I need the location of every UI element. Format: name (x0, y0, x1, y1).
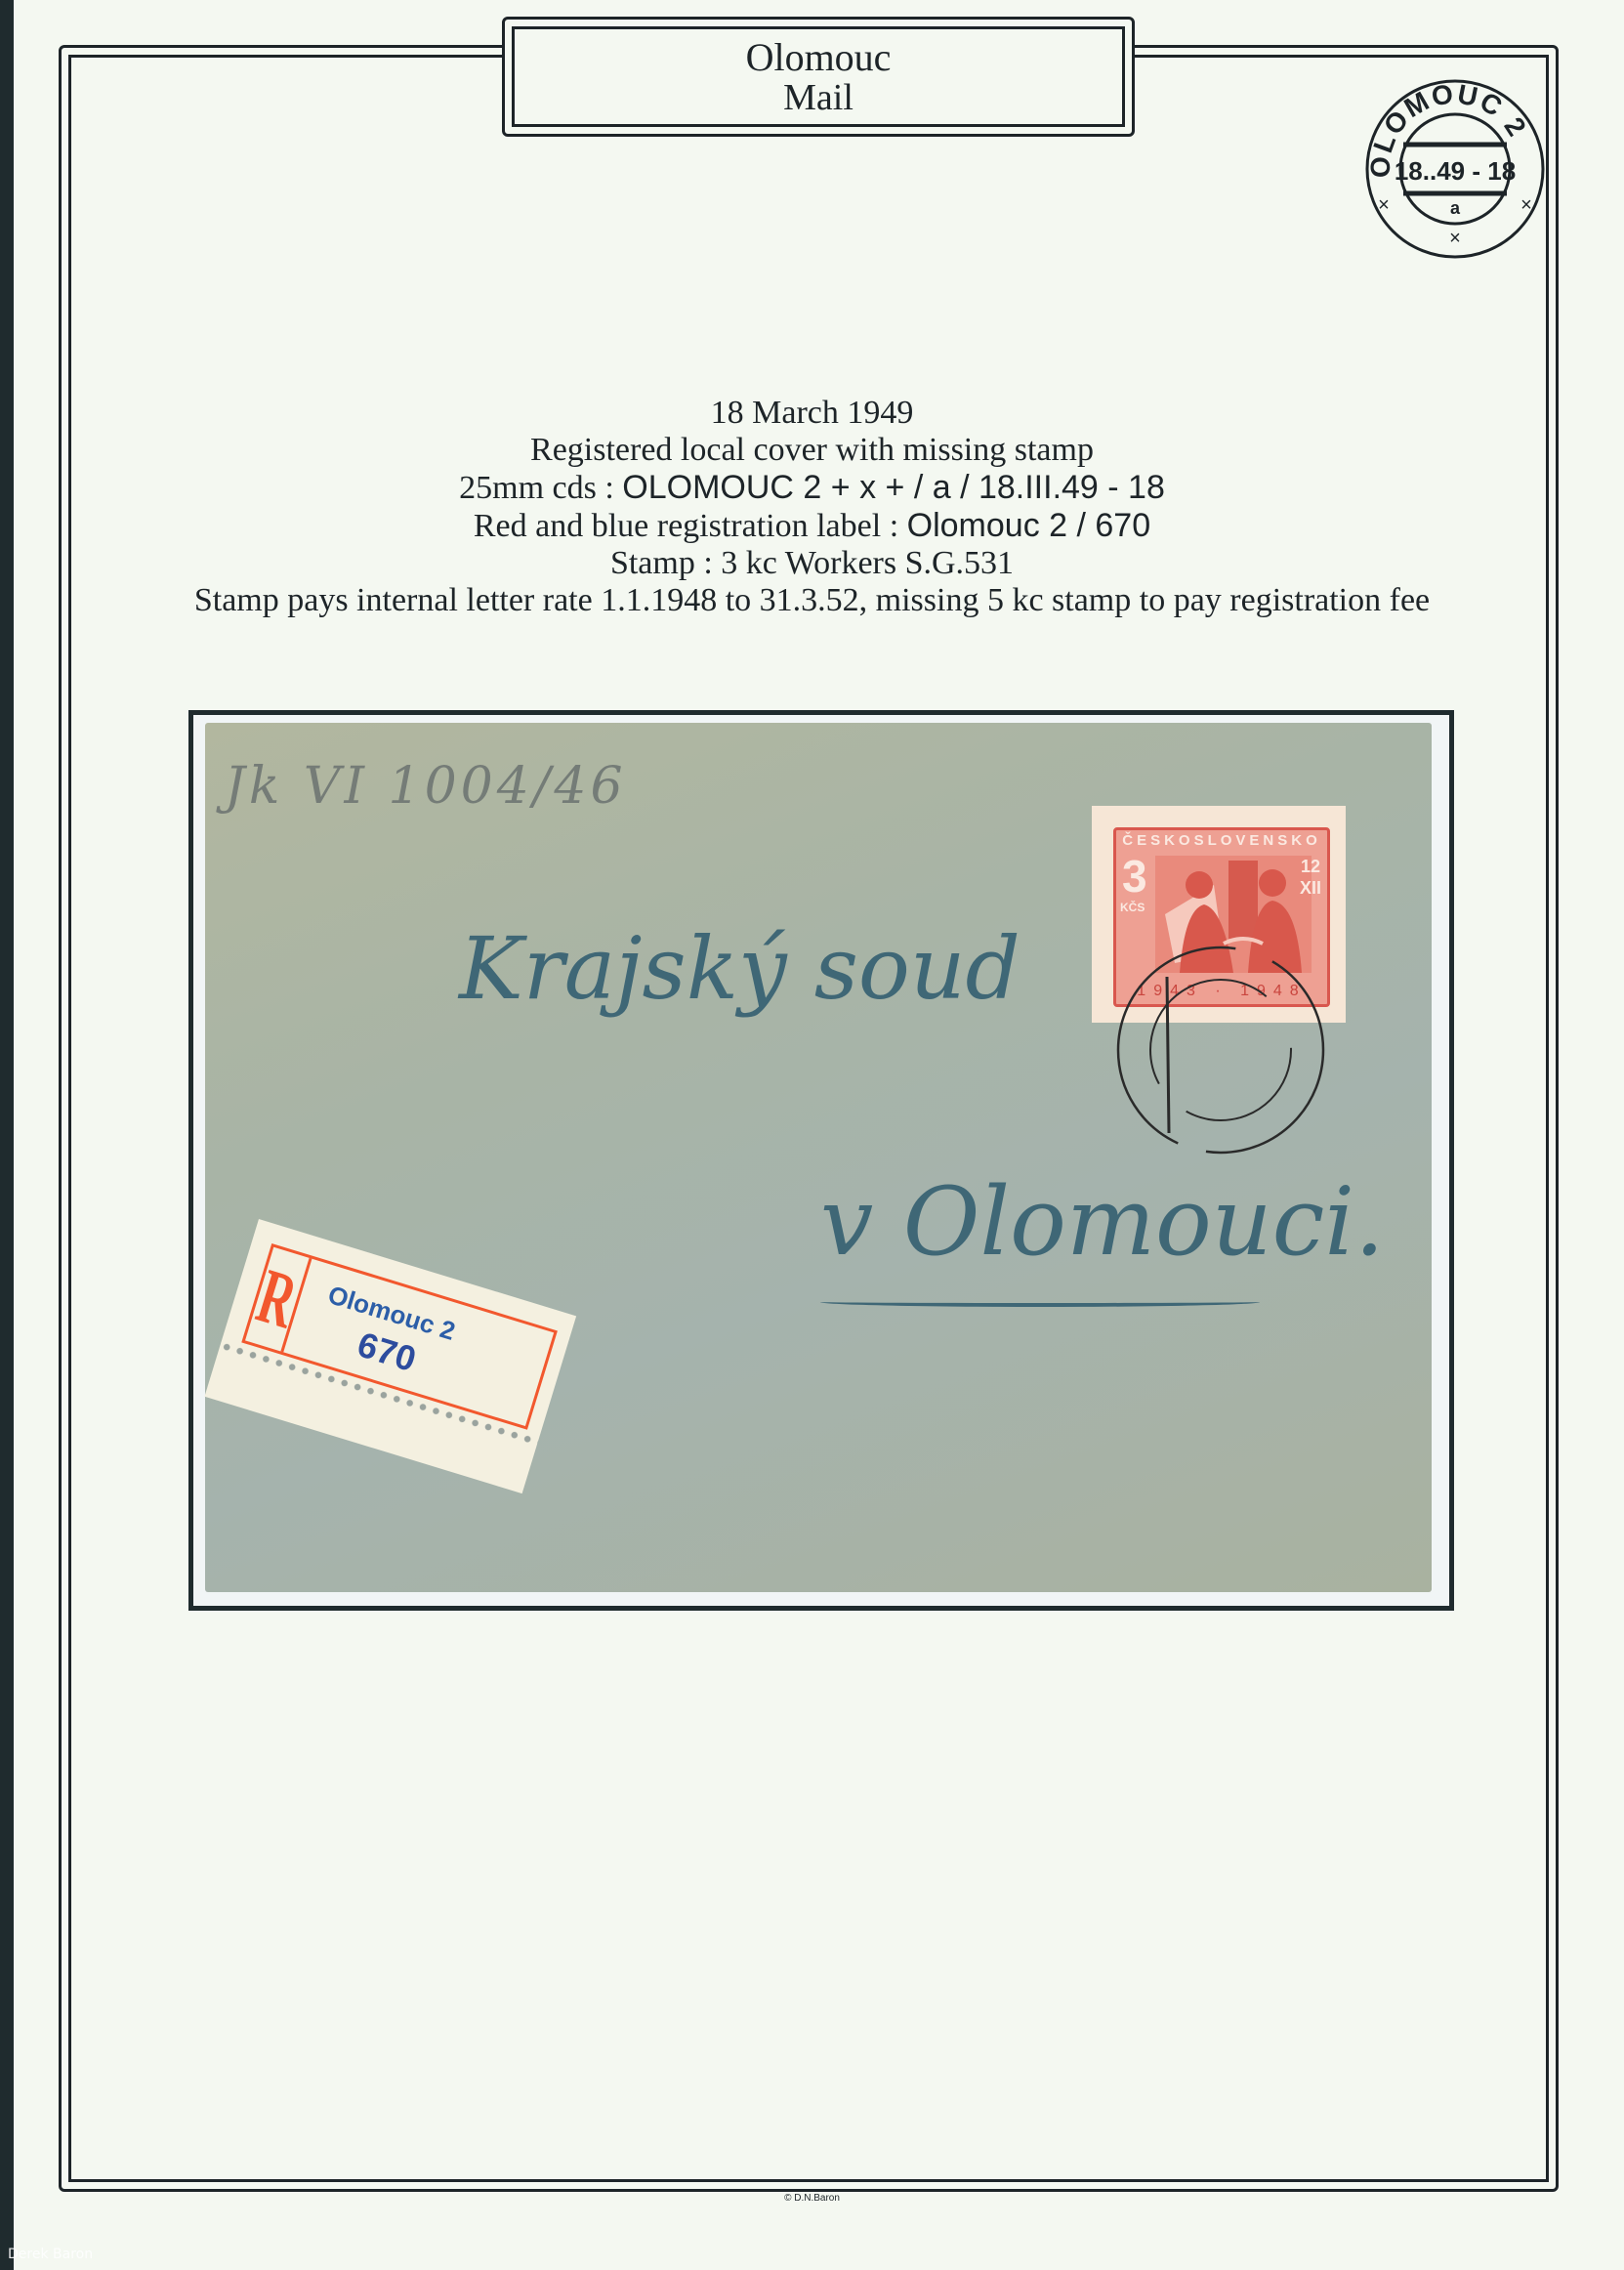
description-label: Red and blue registration label : Olomou… (146, 507, 1478, 545)
footer-credit: © D.N.Baron (0, 2193, 1624, 2204)
title-box: Olomouc Mail (512, 26, 1125, 127)
postmark-code: a (1450, 198, 1461, 218)
postmark-illustration: OLOMOUC 2 18..49 - 18 a × × × (1362, 76, 1548, 262)
description-rate: Stamp pays internal letter rate 1.1.1948… (146, 582, 1478, 619)
registration-r-box: R (245, 1247, 312, 1353)
address-line1: Krajský soud (459, 918, 1020, 1019)
label-value: Olomouc 2 / 670 (907, 507, 1150, 544)
postmark-cross-right: × (1520, 194, 1532, 216)
postmark-cross-left: × (1378, 194, 1390, 216)
postmark-cross-bottom: × (1449, 228, 1461, 249)
cds-value: OLOMOUC 2 + x + / a / 18.III.49 - 18 (622, 469, 1165, 506)
description-stamp: Stamp : 3 kc Workers S.G.531 (146, 545, 1478, 582)
stamp-date: 12 XII (1300, 856, 1321, 899)
description-title: Registered local cover with missing stam… (146, 432, 1478, 469)
page-subtitle: Mail (783, 78, 854, 117)
stamp-currency: KČS (1120, 901, 1145, 914)
address-line2: v Olomouci. (820, 1167, 1385, 1277)
page-title: Olomouc (746, 37, 892, 78)
address-underline (820, 1297, 1260, 1307)
pencil-note: Jk VI 1004/46 (225, 757, 627, 816)
postmark-date: 18..49 - 18 (1395, 156, 1516, 186)
description: 18 March 1949 Registered local cover wit… (146, 395, 1478, 619)
stamp-value: 3 (1122, 854, 1147, 899)
watermark: Derek Baron (8, 2247, 93, 2262)
description-cds: 25mm cds : OLOMOUC 2 + x + / a / 18.III.… (146, 469, 1478, 507)
registration-letter: R (250, 1257, 306, 1342)
stamp-country: ČESKOSLOVENSKO (1116, 832, 1327, 849)
stamp-cancellation (1108, 938, 1333, 1162)
scan-edge (0, 0, 14, 2270)
description-date: 18 March 1949 (146, 395, 1478, 432)
